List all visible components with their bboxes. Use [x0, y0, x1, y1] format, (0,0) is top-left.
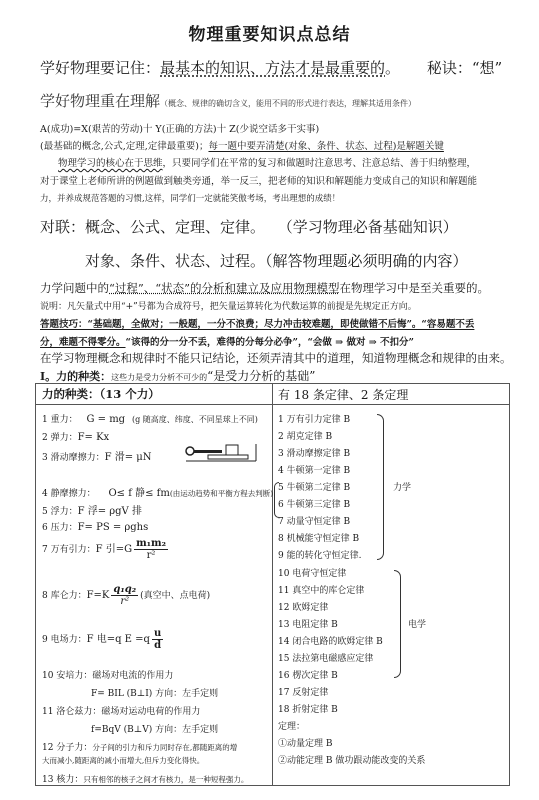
force-row: 1 重力： G = mg (g 随高度、纬度、不同星球上不同) — [42, 412, 258, 425]
basic-underlined: 每一题中要弄清楚(对象、条件、状态、过程)是解题关键 — [208, 141, 443, 152]
fraction: ud — [152, 628, 163, 651]
force-row: 7 万有引力：F 引=Gm₁m₂r² — [42, 538, 170, 561]
success-formula: A(成功)=X(艰苦的劳动)十 Y(正确的方法)十 Z(少说空话多干实事) — [40, 121, 319, 135]
denominator: r² — [111, 596, 138, 607]
numerator: m₁m₂ — [134, 538, 168, 550]
fraction: m₁m₂r² — [134, 538, 168, 561]
header-divider — [36, 404, 509, 405]
force-formula: F 浮= ρgV 排 — [78, 506, 142, 517]
section-heading-text: I。力的种类： — [40, 370, 111, 383]
couplet-line2-note: （解答物理题必须明确的内容） — [265, 252, 468, 270]
force-row: 13 核力：只有相邻的核子之间才有核力，是一种短程强力。 — [42, 772, 248, 785]
law-item: 5 牛顿第二定律 B — [278, 480, 350, 493]
law-item: 10 电荷守恒定律 — [278, 566, 346, 579]
basic-line: (最基础的概念,公式,定理,定律最重要)；每一题中要弄清楚(对象、条件、状态、过… — [40, 138, 444, 152]
force-formula: F= Kx — [78, 432, 110, 443]
core-underlined: 物理学习的核心在于思维 — [58, 158, 163, 169]
mechanics-underlined: “过程”、“状态”的分析和建立及应用物理模型 — [109, 281, 340, 295]
concept-line: 在学习物理概念和规律时不能只记结论，还须弄清其中的道理，知道物理概念和规律的由来… — [40, 350, 512, 366]
force-formula: F= PS = ρghs — [78, 522, 149, 533]
couplet-line1: 对联：概念、公式、定理、定律。 （学习物理必备基础知识） — [40, 216, 458, 237]
force-label: 6 压力： — [42, 523, 78, 533]
force-label: 12 分子力： — [42, 743, 92, 753]
force-formula: F 引=G — [96, 544, 132, 555]
understanding-note: （概念、规律的确切含义，能用不同的形式进行表达，理解其适用条件） — [160, 99, 416, 108]
law-item: 1 万有引力定律 B — [278, 412, 350, 425]
force-formula: 分子间的引力和斥力同时存在,都随距离的增 — [92, 743, 237, 752]
couplet-line1-main: 对联：概念、公式、定理、定律。 — [40, 218, 265, 236]
force-label: 5 浮力： — [42, 507, 78, 517]
force-formula: 只有相邻的核子之间才有核力，是一种短程强力。 — [83, 775, 248, 784]
law-item: 17 反射定律 — [278, 685, 328, 698]
force-note: (由运动趋势和平衡方程去判断) — [170, 489, 273, 498]
force-note: (g 随高度、纬度、不同星球上不同) — [132, 415, 258, 424]
column-divider — [272, 384, 273, 785]
tips-underlined: 分，难题不得零分。 — [40, 337, 126, 348]
law-item: 15 法拉第电磁感应定律 — [278, 651, 373, 664]
section-quote: “是受力分析的基础” — [207, 369, 315, 383]
force-row-cont: 大而减小,随距离的减小而增大,但斥力变化得快。 — [42, 755, 204, 766]
vector-note: 说明：凡矢量式中用“+”号都为合成符号，把矢量运算转化为代数运算的前提是先规定正… — [40, 299, 417, 312]
understanding-heading: 学好物理重在理解 — [40, 92, 160, 110]
tips-line1: 答题技巧：“基础题，全做对；一般题，一分不浪费；尽力冲击较难题，即使做错不后悔”… — [40, 316, 474, 330]
force-row: 6 压力：F= PS = ρghs — [42, 520, 148, 533]
couplet-line1-note: （学习物理必备基础知识） — [278, 218, 458, 236]
force-formula: F 滑= μN — [105, 452, 152, 463]
force-label: 10 安培力： — [42, 671, 92, 681]
mechanics-label: 力学 — [393, 480, 411, 493]
force-row: 5 浮力：F 浮= ρgV 排 — [42, 502, 142, 517]
force-formula: 磁场对运动电荷的作用力 — [101, 707, 200, 717]
sub-bracket-icon — [274, 482, 279, 518]
mechanics-bracket-icon — [377, 414, 384, 560]
numerator: u — [152, 628, 163, 640]
core-rest: ，只要同学们在平常的复习和做题时注意思考、注意总结、善于归纳整理， — [163, 158, 477, 169]
force-formula: F=K — [87, 590, 110, 601]
force-label: 2 弹力： — [42, 433, 78, 443]
law-item: 3 滑动摩擦定律 B — [278, 446, 350, 459]
mechanics-prefix: 力学问题中的 — [40, 281, 109, 295]
intro-line2: 学好物理重在理解（概念、规律的确切含义，能用不同的形式进行表达，理解其适用条件） — [40, 90, 416, 111]
force-label: 3 滑动摩擦力： — [42, 453, 105, 463]
intro-suffix: 。 — [385, 59, 400, 77]
force-formula: F 电=q E =q — [87, 634, 150, 645]
law-item: 14 闭合电路的欧姆定律 B — [278, 634, 383, 647]
core-line: 物理学习的核心在于思维，只要同学们在平常的复习和做题时注意思考、注意总结、善于归… — [58, 155, 476, 169]
force-row-cont: f=BqV (B⊥V) 方向：左手定则 — [91, 722, 218, 735]
law-item: 18 折射定律 B — [278, 702, 338, 715]
force-row: 8 库仑力：F=Kq₁q₂r²(真空中、点电荷) — [42, 584, 210, 607]
core-line2: 对于课堂上老师所讲的例题做到触类旁通，举一反三，把老师的知识和解题能力变成自己的… — [40, 173, 477, 187]
fraction: q₁q₂r² — [111, 584, 138, 607]
force-label: 13 核力： — [42, 775, 83, 785]
couplet-line2: 对象、条件、状态、过程。（解答物理题必须明确的内容） — [85, 250, 468, 271]
theorem-item: ①动量定理 B — [278, 736, 332, 749]
force-row: 2 弹力：F= Kx — [42, 430, 109, 443]
law-item: 6 牛顿第三定律 B — [278, 497, 350, 510]
law-item: 11 真空中的库仑定律 — [278, 583, 364, 596]
force-label: 7 万有引力： — [42, 545, 96, 555]
denominator: d — [152, 640, 163, 651]
forces-header: 力的种类：（13 个力） — [42, 386, 160, 402]
law-item: 7 动量守恒定律 B — [278, 514, 350, 527]
electricity-bracket-icon — [394, 570, 401, 678]
force-row: 9 电场力：F 电=q E =qud — [42, 628, 165, 651]
force-formula: 磁场对电流的作用力 — [92, 671, 173, 681]
law-item: 9 能的转化守恒定律. — [278, 548, 361, 561]
force-row: 11 洛仑兹力：磁场对运动电荷的作用力 — [42, 704, 200, 717]
law-item: 2 胡克定律 B — [278, 429, 332, 442]
intro-underlined: 最基本的知识、方法才是最重要的 — [160, 59, 385, 77]
section-note: 这些力是受力分析不可少的 — [111, 373, 207, 382]
theorem-heading: 定理： — [278, 719, 305, 732]
force-label: 11 洛仑兹力： — [42, 707, 101, 717]
force-label: 8 库仑力： — [42, 591, 87, 601]
theorem-item: ②动能定理 B 做功跟动能改变的关系 — [278, 753, 425, 766]
force-row: 4 静摩擦力： O≤ f 静≤ fm(由运动趋势和平衡方程去判断) — [42, 484, 273, 499]
forces-laws-table: 力的种类：（13 个力） 有 18 条定律、2 条定理 1 重力： G = mg… — [35, 383, 510, 786]
force-row: 3 滑动摩擦力：F 滑= μN — [42, 448, 152, 463]
couplet-line2-main: 对象、条件、状态、过程。 — [85, 252, 265, 270]
law-item: 12 欧姆定律 — [278, 600, 328, 613]
law-item: 4 牛顿第一定律 B — [278, 463, 350, 476]
intro-prefix: 学好物理要记住： — [40, 59, 160, 77]
law-item: 13 电阻定律 B — [278, 617, 338, 630]
electricity-label: 电学 — [408, 617, 426, 630]
core-line3: 力，并养成规范答题的习惯,这样，同学们一定就能笑傲考场，考出理想的成绩！ — [40, 192, 340, 204]
force-note: (真空中、点电荷) — [140, 591, 210, 601]
mechanics-line: 力学问题中的“过程”、“状态”的分析和建立及应用物理模型在物理学习中是至关重要的… — [40, 280, 489, 296]
mechanics-suffix: 在物理学习中是至关重要的。 — [340, 281, 490, 295]
force-formula: O≤ f 静≤ fm — [108, 488, 169, 499]
denominator: r² — [134, 550, 168, 561]
laws-header: 有 18 条定律、2 条定理 — [278, 386, 408, 403]
secret-text: 秘诀：“想” — [427, 59, 502, 77]
page-title: 物理重要知识点总结 — [0, 20, 539, 45]
force-row: 12 分子力：分子间的引力和斥力同时存在,都随距离的增 — [42, 740, 237, 753]
tips-rest: “该得的分一分不丢，难得的分每分必争”，“会做 ⇒ 做对 ⇒ 不扣分” — [126, 337, 415, 348]
force-label: 4 静摩擦力： — [42, 489, 96, 499]
force-label: 9 电场力： — [42, 635, 87, 645]
section-heading: I。力的种类：这些力是受力分析不可少的“是受力分析的基础” — [40, 367, 315, 384]
intro-line1: 学好物理要记住：最基本的知识、方法才是最重要的。 秘诀：“想” — [40, 57, 502, 78]
force-row-cont: F= BIL (B⊥I) 方向：左手定则 — [91, 686, 218, 699]
basic-prefix: (最基础的概念,公式,定理,定律最重要)； — [40, 141, 208, 152]
tips-line2: 分，难题不得零分。“该得的分一分不丢，难得的分每分必争”，“会做 ⇒ 做对 ⇒ … — [40, 334, 414, 348]
force-formula: G = mg — [86, 414, 125, 425]
law-item: 16 楞次定律 B — [278, 668, 338, 681]
force-row: 10 安培力：磁场对电流的作用力 — [42, 668, 173, 681]
force-label: 1 重力： — [42, 415, 78, 425]
law-item: 8 机械能守恒定律 B — [278, 531, 359, 544]
friction-diagram-icon — [184, 442, 266, 464]
numerator: q₁q₂ — [111, 584, 138, 596]
